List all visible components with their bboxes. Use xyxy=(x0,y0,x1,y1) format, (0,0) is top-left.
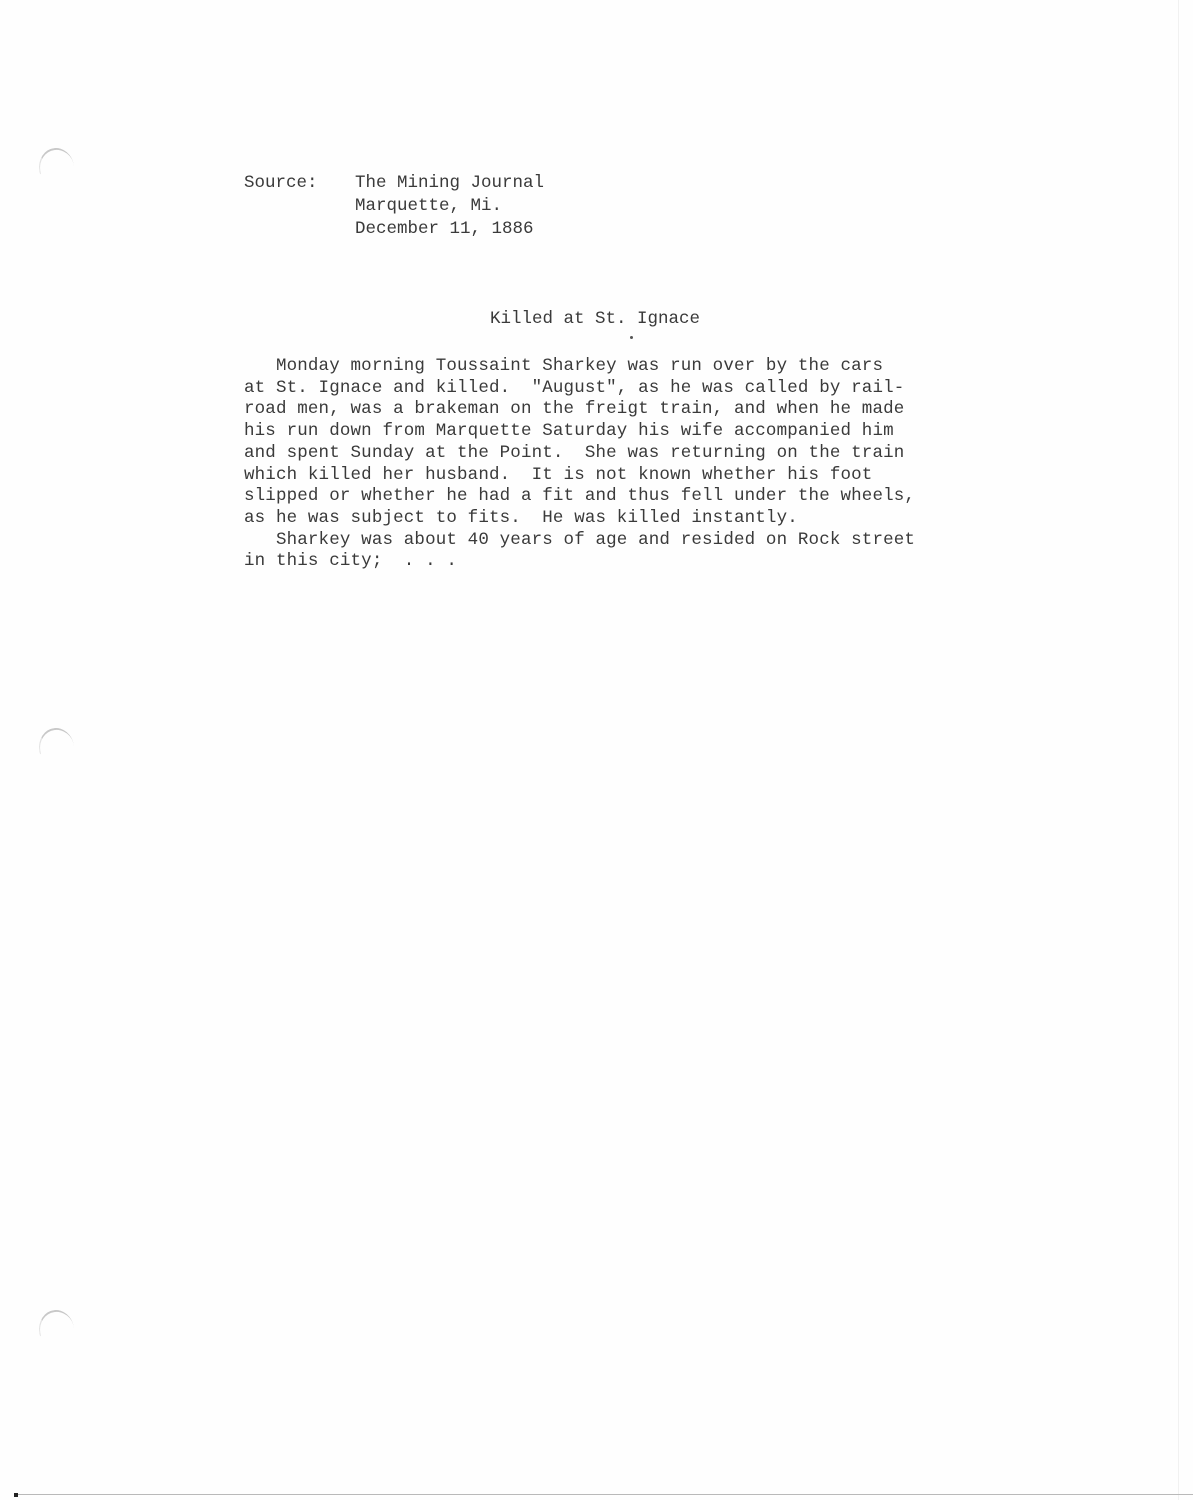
source-publication: The Mining Journal xyxy=(355,172,544,195)
article-body: Monday morning Toussaint Sharkey was run… xyxy=(244,356,1044,573)
body-line: and spent Sunday at the Point. She was r… xyxy=(244,443,1044,465)
source-date: December 11, 1886 xyxy=(355,218,544,241)
source-details: The Mining Journal Marquette, Mi. Decemb… xyxy=(355,172,544,241)
hole-punch-mark xyxy=(37,726,75,755)
body-line: Monday morning Toussaint Sharkey was run… xyxy=(244,356,1044,378)
page-edge xyxy=(1178,0,1179,1500)
hole-punch-mark xyxy=(37,146,75,175)
body-line: in this city; . . . xyxy=(244,551,1044,573)
source-location: Marquette, Mi. xyxy=(355,195,544,218)
hole-punch-mark xyxy=(37,1308,75,1337)
article-title: Killed at St. Ignace xyxy=(490,309,700,329)
body-line: road men, was a brakeman on the freigt t… xyxy=(244,399,1044,421)
body-line: which killed her husband. It is not know… xyxy=(244,465,1044,487)
body-line: as he was subject to fits. He was killed… xyxy=(244,508,1044,530)
stray-mark xyxy=(630,336,633,339)
body-line: slipped or whether he had a fit and thus… xyxy=(244,486,1044,508)
scanned-page: Source: The Mining Journal Marquette, Mi… xyxy=(0,0,1193,1500)
source-label: Source: xyxy=(244,172,355,241)
source-citation: Source: The Mining Journal Marquette, Mi… xyxy=(244,172,544,241)
body-line: at St. Ignace and killed. "August", as h… xyxy=(244,378,1044,400)
scan-corner-mark xyxy=(14,1493,18,1497)
body-line: Sharkey was about 40 years of age and re… xyxy=(244,530,1044,552)
page-edge xyxy=(14,1494,1193,1495)
body-line: his run down from Marquette Saturday his… xyxy=(244,421,1044,443)
